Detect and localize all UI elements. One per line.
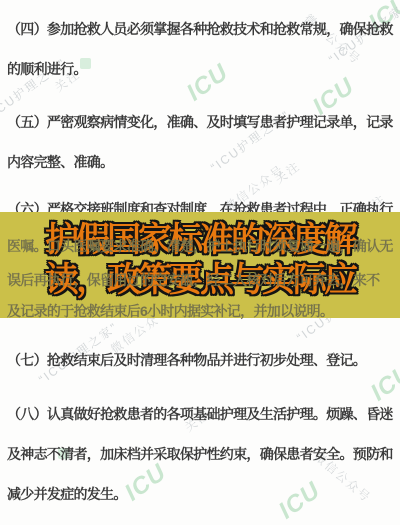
document-page: ICU ICU ICU ICU ICU ICU ICU “ICU护理之家” “I… (0, 0, 400, 525)
section-eight-line: （八）认真做好抢救患者的各项基础护理及生活护理。烦躁、昏迷 (0, 404, 400, 424)
section-six-line: 医嘱。口头医嘱要求准确、清楚，护士执行时须复诵一遍，确认无 (0, 236, 400, 256)
section-eight-line: 及神志不清者，加床档并采取保护性约束，确保患者安全。预防和 (0, 444, 400, 464)
section-seven-line: （七）抢救结束后及时清理各种物品并进行初步处理、登记。 (0, 350, 400, 370)
section-six-line: 误后再执行，保留用过的空安瓿，经二人核对后方可弃去，来不 (0, 270, 400, 290)
section-five-line: 内容完整、准确。 (0, 152, 400, 172)
section-six-line: 及记录的于抢救结束后6小时内据实补记，并加以说明。 (0, 301, 400, 321)
section-four-line: （四）参加抢救人员必须掌握各种抢救技术和抢救常规，确保抢救 (0, 19, 400, 39)
section-eight-line: 减少并发症的发生。 (0, 484, 400, 504)
section-five-line: （五）严密观察病情变化，准确、及时填写患者护理记录单，记录 (0, 112, 400, 132)
section-four-line: 的顺利进行。 (0, 59, 400, 79)
